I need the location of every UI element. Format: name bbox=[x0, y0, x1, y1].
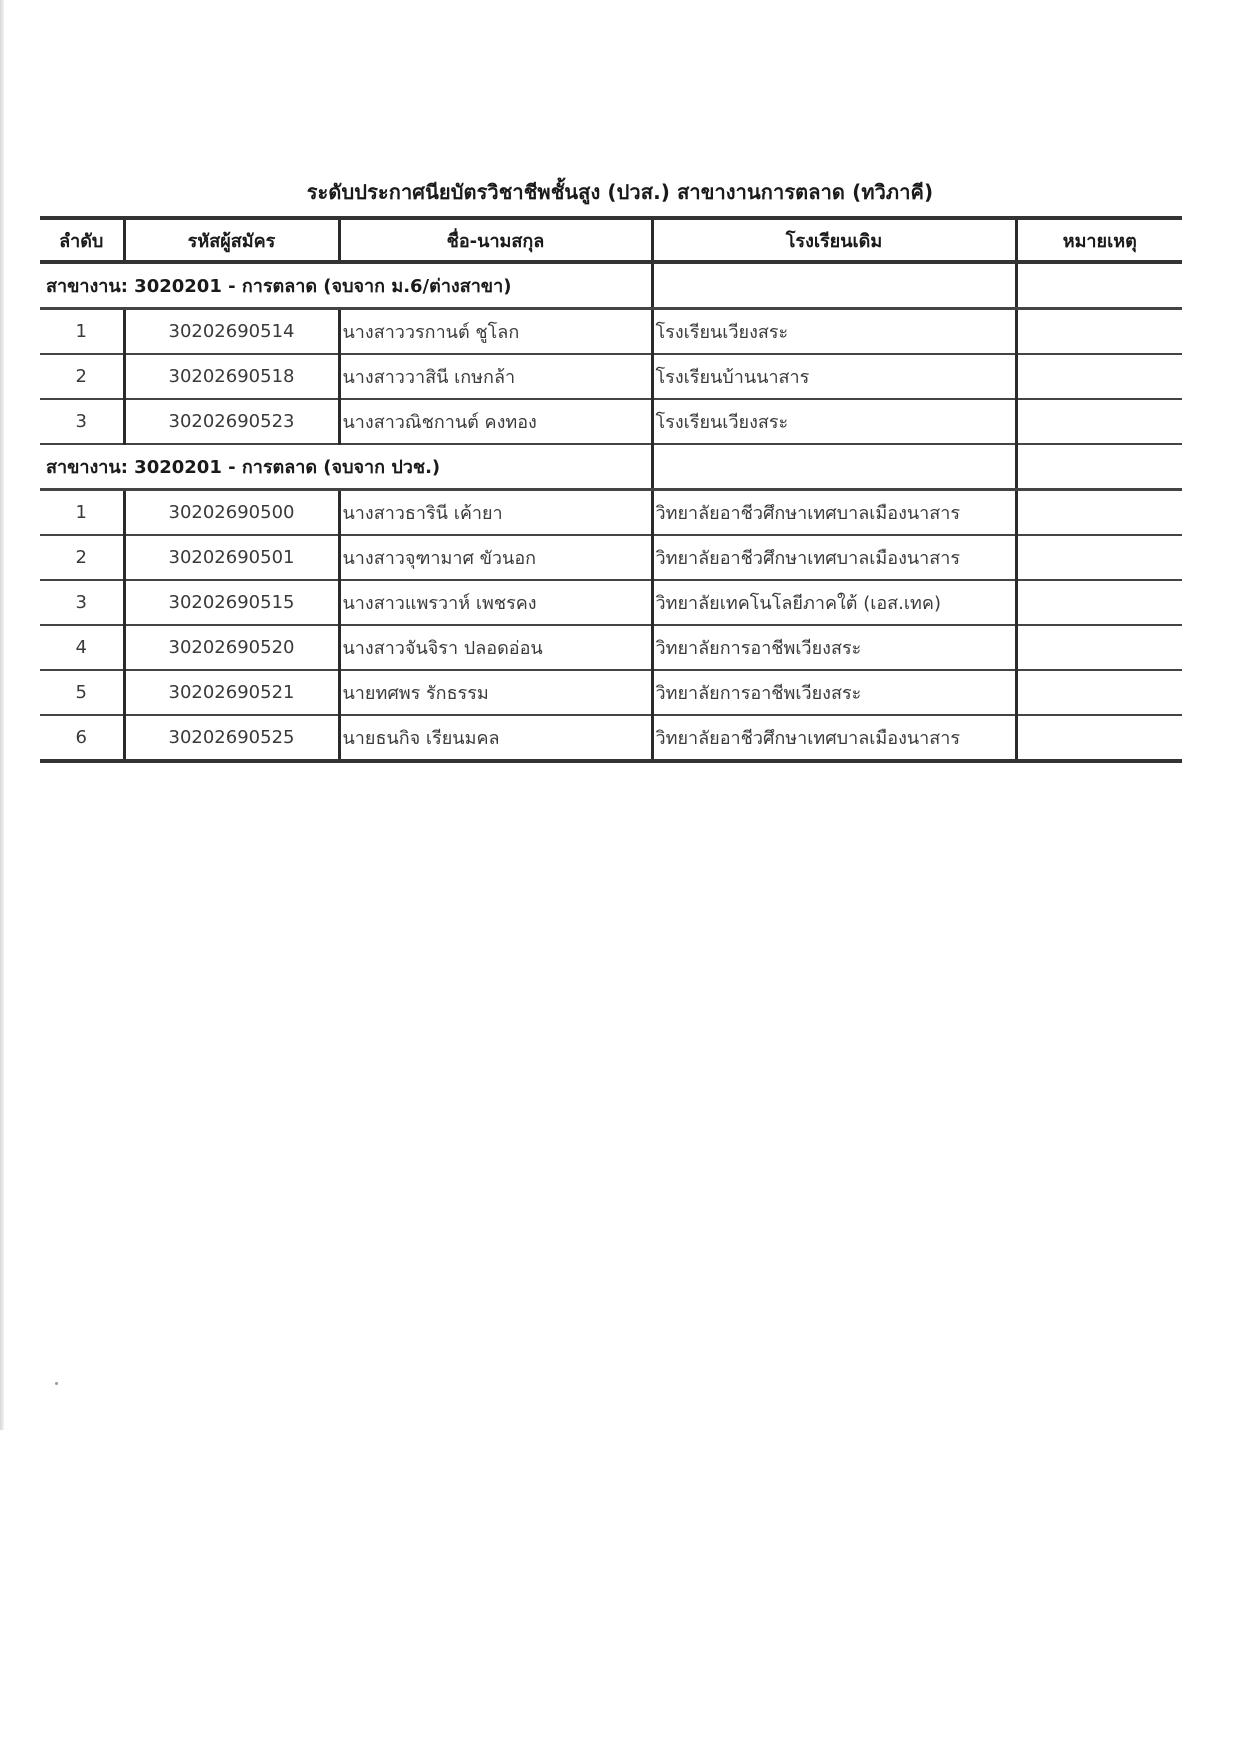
group-remarks-cell bbox=[1016, 262, 1182, 309]
cell-no: 5 bbox=[40, 670, 124, 715]
scan-speck bbox=[55, 1382, 58, 1385]
table-row: 430202690520นางสาวจันจิรา ปลอดอ่อนวิทยาล… bbox=[40, 625, 1182, 670]
group-label: สาขางาน: 3020201 - การตลาด (จบจาก ปวช.) bbox=[40, 444, 652, 490]
cell-id: 30202690521 bbox=[124, 670, 339, 715]
cell-school: วิทยาลัยเทคโนโลยีภาคใต้ (เอส.เทค) bbox=[652, 580, 1016, 625]
cell-school: โรงเรียนเวียงสระ bbox=[652, 399, 1016, 444]
document-title: ระดับประกาศนียบัตรวิชาชีพชั้นสูง (ปวส.) … bbox=[0, 176, 1240, 208]
cell-no: 6 bbox=[40, 715, 124, 761]
header-applicant-id: รหัสผู้สมัคร bbox=[124, 218, 339, 262]
cell-name: นางสาวจุฑามาศ ขัวนอก bbox=[339, 535, 652, 580]
header-name: ชื่อ-นามสกุล bbox=[339, 218, 652, 262]
group-school-cell bbox=[652, 262, 1016, 309]
cell-school: โรงเรียนเวียงสระ bbox=[652, 309, 1016, 355]
header-remarks: หมายเหตุ bbox=[1016, 218, 1182, 262]
cell-name: นายทศพร รักธรรม bbox=[339, 670, 652, 715]
table-row: 130202690500นางสาวธารินี เค้ายาวิทยาลัยอ… bbox=[40, 490, 1182, 536]
cell-name: นางสาวแพรวาห์ เพชรคง bbox=[339, 580, 652, 625]
cell-no: 3 bbox=[40, 399, 124, 444]
table-row: 230202690501นางสาวจุฑามาศ ขัวนอกวิทยาลัย… bbox=[40, 535, 1182, 580]
cell-id: 30202690523 bbox=[124, 399, 339, 444]
table-body: สาขางาน: 3020201 - การตลาด (จบจาก ม.6/ต่… bbox=[40, 262, 1182, 761]
cell-school: วิทยาลัยการอาชีพเวียงสระ bbox=[652, 670, 1016, 715]
group-header-row: สาขางาน: 3020201 - การตลาด (จบจาก ม.6/ต่… bbox=[40, 262, 1182, 309]
header-previous-school: โรงเรียนเดิม bbox=[652, 218, 1016, 262]
cell-school: โรงเรียนบ้านนาสาร bbox=[652, 354, 1016, 399]
cell-name: นางสาวณิชกานต์ คงทอง bbox=[339, 399, 652, 444]
table-row: 230202690518นางสาววาสินี เกษกล้าโรงเรียน… bbox=[40, 354, 1182, 399]
cell-school: วิทยาลัยอาชีวศึกษาเทศบาลเมืองนาสาร bbox=[652, 715, 1016, 761]
cell-id: 30202690515 bbox=[124, 580, 339, 625]
cell-no: 2 bbox=[40, 354, 124, 399]
cell-remarks bbox=[1016, 625, 1182, 670]
cell-school: วิทยาลัยอาชีวศึกษาเทศบาลเมืองนาสาร bbox=[652, 535, 1016, 580]
cell-name: นางสาวจันจิรา ปลอดอ่อน bbox=[339, 625, 652, 670]
table-row: 130202690514นางสาววรกานต์ ชูโลกโรงเรียนเ… bbox=[40, 309, 1182, 355]
cell-school: วิทยาลัยอาชีวศึกษาเทศบาลเมืองนาสาร bbox=[652, 490, 1016, 536]
cell-id: 30202690520 bbox=[124, 625, 339, 670]
cell-remarks bbox=[1016, 580, 1182, 625]
cell-id: 30202690501 bbox=[124, 535, 339, 580]
header-no: ลำดับ bbox=[40, 218, 124, 262]
group-school-cell bbox=[652, 444, 1016, 490]
cell-remarks bbox=[1016, 490, 1182, 536]
cell-no: 3 bbox=[40, 580, 124, 625]
applicant-table: ลำดับ รหัสผู้สมัคร ชื่อ-นามสกุล โรงเรียน… bbox=[40, 216, 1182, 763]
cell-no: 1 bbox=[40, 309, 124, 355]
cell-name: นางสาววรกานต์ ชูโลก bbox=[339, 309, 652, 355]
cell-school: วิทยาลัยการอาชีพเวียงสระ bbox=[652, 625, 1016, 670]
table-row: 630202690525นายธนกิจ เรียนมคลวิทยาลัยอาช… bbox=[40, 715, 1182, 761]
cell-remarks bbox=[1016, 670, 1182, 715]
cell-remarks bbox=[1016, 715, 1182, 761]
cell-id: 30202690500 bbox=[124, 490, 339, 536]
cell-remarks bbox=[1016, 399, 1182, 444]
cell-remarks bbox=[1016, 535, 1182, 580]
cell-name: นางสาวธารินี เค้ายา bbox=[339, 490, 652, 536]
group-header-row: สาขางาน: 3020201 - การตลาด (จบจาก ปวช.) bbox=[40, 444, 1182, 490]
table-row: 330202690523นางสาวณิชกานต์ คงทองโรงเรียน… bbox=[40, 399, 1182, 444]
cell-name: นางสาววาสินี เกษกล้า bbox=[339, 354, 652, 399]
cell-remarks bbox=[1016, 354, 1182, 399]
scan-edge-shadow bbox=[0, 0, 4, 1430]
cell-no: 4 bbox=[40, 625, 124, 670]
table-row: 530202690521นายทศพร รักธรรมวิทยาลัยการอา… bbox=[40, 670, 1182, 715]
table-header-row: ลำดับ รหัสผู้สมัคร ชื่อ-นามสกุล โรงเรียน… bbox=[40, 218, 1182, 262]
cell-no: 2 bbox=[40, 535, 124, 580]
cell-remarks bbox=[1016, 309, 1182, 355]
cell-id: 30202690514 bbox=[124, 309, 339, 355]
cell-no: 1 bbox=[40, 490, 124, 536]
table-row: 330202690515นางสาวแพรวาห์ เพชรคงวิทยาลัย… bbox=[40, 580, 1182, 625]
group-label: สาขางาน: 3020201 - การตลาด (จบจาก ม.6/ต่… bbox=[40, 262, 652, 309]
cell-id: 30202690525 bbox=[124, 715, 339, 761]
cell-id: 30202690518 bbox=[124, 354, 339, 399]
cell-name: นายธนกิจ เรียนมคล bbox=[339, 715, 652, 761]
group-remarks-cell bbox=[1016, 444, 1182, 490]
